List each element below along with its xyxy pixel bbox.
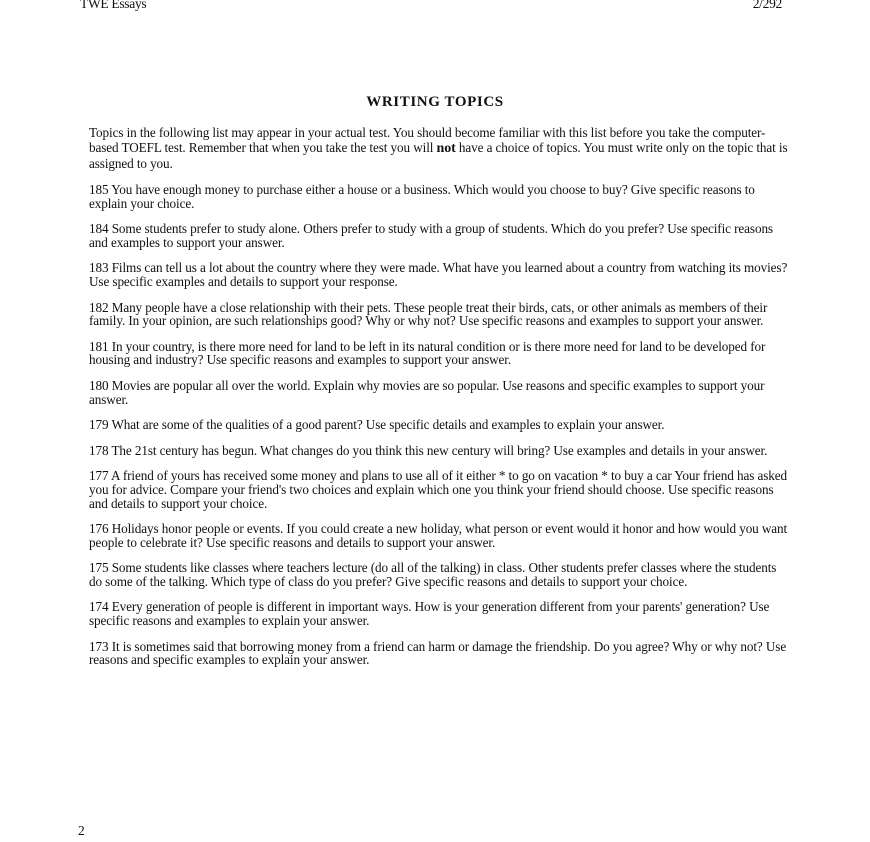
topic-item: 181 In your country, is there more need … <box>89 340 789 367</box>
topic-item: 184 Some students prefer to study alone.… <box>89 222 789 249</box>
document-name: TWE Essays <box>80 0 146 12</box>
topic-text: The 21st century has begun. What changes… <box>111 443 767 458</box>
topic-item: 176 Holidays honor people or events. If … <box>89 522 789 549</box>
topic-item: 179 What are some of the qualities of a … <box>89 418 789 432</box>
topic-text: What are some of the qualities of a good… <box>111 417 664 432</box>
intro-paragraph: Topics in the following list may appear … <box>89 125 789 171</box>
topic-text: A friend of yours has received some mone… <box>89 468 787 510</box>
topic-item: 177 A friend of yours has received some … <box>89 469 789 510</box>
topic-text: Some students prefer to study alone. Oth… <box>89 221 773 250</box>
topic-item: 182 Many people have a close relationshi… <box>89 301 789 328</box>
topic-text: Some students like classes where teacher… <box>89 560 776 589</box>
topic-number: 179 <box>89 417 108 432</box>
topic-item: 185 You have enough money to purchase ei… <box>89 183 789 210</box>
topic-text: Many people have a close relationship wi… <box>89 300 767 329</box>
topic-text: Every generation of people is different … <box>89 599 769 628</box>
topic-item: 174 Every generation of people is differ… <box>89 600 789 627</box>
page-header: TWE Essays 2/292 <box>80 0 782 14</box>
topic-text: You have enough money to purchase either… <box>89 182 755 211</box>
topic-text: Films can tell us a lot about the countr… <box>89 260 787 289</box>
topic-number: 178 <box>89 443 108 458</box>
topic-item: 175 Some students like classes where tea… <box>89 561 789 588</box>
intro-emphasis: not <box>437 141 456 156</box>
topic-item: 183 Films can tell us a lot about the co… <box>89 261 789 288</box>
topic-text: It is sometimes said that borrowing mone… <box>89 639 786 668</box>
document-body: Topics in the following list may appear … <box>89 125 789 679</box>
page-title: WRITING TOPICS <box>0 94 870 111</box>
topic-text: In your country, is there more need for … <box>89 339 765 368</box>
topic-item: 178 The 21st century has begun. What cha… <box>89 444 789 458</box>
topic-item: 173 It is sometimes said that borrowing … <box>89 640 789 667</box>
topic-item: 180 Movies are popular all over the worl… <box>89 379 789 406</box>
topic-text: Holidays honor people or events. If you … <box>89 521 787 550</box>
page-counter: 2/292 <box>753 0 782 12</box>
page-number: 2 <box>78 823 85 839</box>
topic-text: Movies are popular all over the world. E… <box>89 378 764 407</box>
